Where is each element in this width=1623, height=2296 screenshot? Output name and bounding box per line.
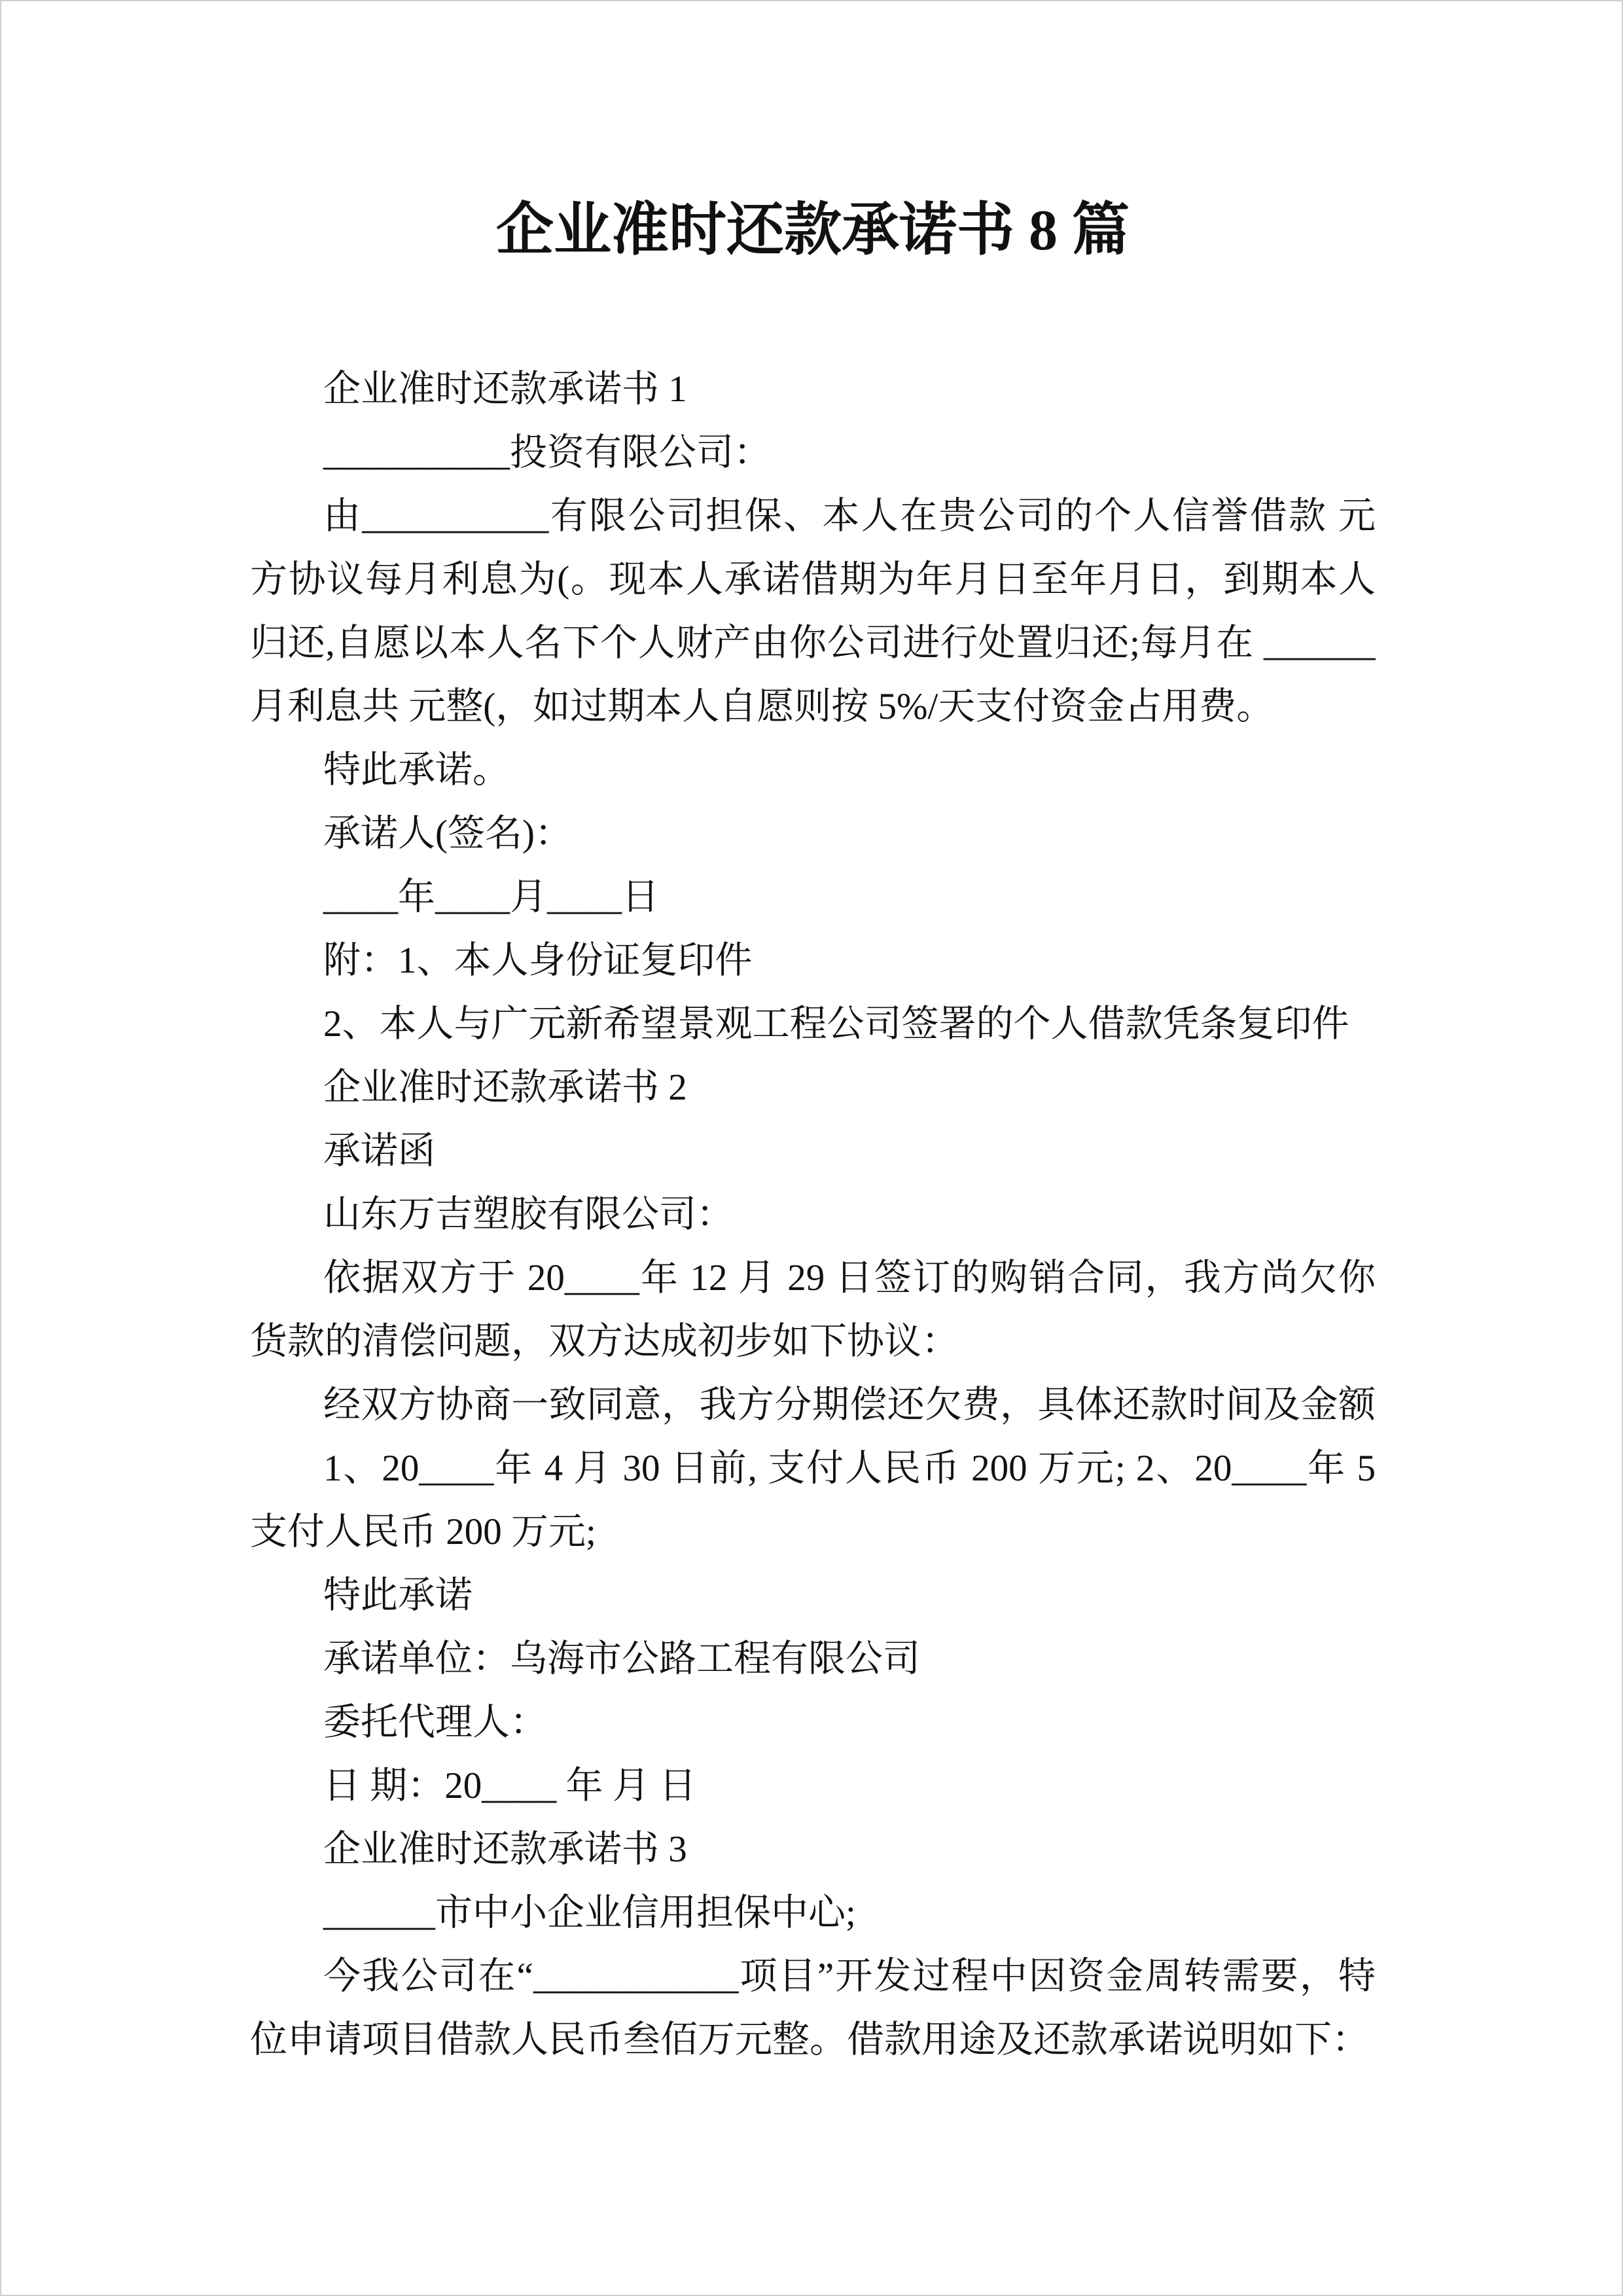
document-line: 2、本人与广元新希望景观工程公司签署的个人借款凭条复印件 [250,992,1376,1056]
document-line: 承诺人(签名)： [250,802,1376,865]
document-line: 企业准时还款承诺书 1 [250,357,1376,421]
document-line: 由__________有限公司担保、本人在贵公司的个人信誉借款 元整(，按双 [250,484,1376,548]
document-line: 支付人民币 200 万元; [250,1500,1376,1564]
document-line: 方协议每月利息为(。现本人承诺借期为年月日至年月日，到期本人如不能按时 [250,548,1376,611]
document-line: 月利息共 元整(，如过期本人自愿则按 5%/天支付资金占用费。 [250,675,1376,738]
document-line: 特此承诺 [250,1564,1376,1627]
document-line: 1、20____年 4 月 30 日前, 支付人民币 200 万元; 2、20_… [250,1437,1376,1500]
document-line: 今我公司在“___________项目”开发过程中因资金周转需要，特向贵单 [250,1945,1376,2008]
document-line: 特此承诺。 [250,738,1376,802]
document-line: 货款的清偿问题，双方达成初步如下协议： [250,1310,1376,1373]
document-body: 企业准时还款承诺书 1__________投资有限公司：由__________有… [250,357,1376,2072]
document-line: 归还,自愿以本人名下个人财产由你公司进行处置归还;每月在 ______前支付下 [250,611,1376,675]
document-line: 日 期：20____ 年 月 日 [250,1754,1376,1818]
document-line: 企业准时还款承诺书 3 [250,1818,1376,1881]
document-line: 委托代理人： [250,1691,1376,1754]
document-line: 承诺单位：乌海市公路工程有限公司 [250,1627,1376,1691]
document-line: 承诺函 [250,1119,1376,1183]
document-line: __________投资有限公司： [250,421,1376,484]
document-line: 企业准时还款承诺书 2 [250,1056,1376,1119]
document-line: ______市中小企业信用担保中心; [250,1881,1376,1945]
page: 企业准时还款承诺书 8 篇 企业准时还款承诺书 1__________投资有限公… [0,0,1623,2296]
document-line: ____年____月____日 [250,865,1376,929]
document-line: 附：1、本人身份证复印件 [250,929,1376,992]
document-line: 依据双方于 20____年 12 月 29 日签订的购销合同，我方尚欠你方。现关… [250,1246,1376,1310]
document-line: 经双方协商一致同意，我方分期偿还欠费，具体还款时间及金额初步如下： [250,1373,1376,1437]
document-title: 企业准时还款承诺书 8 篇 [250,195,1376,267]
document-line: 位申请项目借款人民币叁佰万元整。借款用途及还款承诺说明如下： [250,2008,1376,2072]
document-line: 山东万吉塑胶有限公司： [250,1183,1376,1246]
